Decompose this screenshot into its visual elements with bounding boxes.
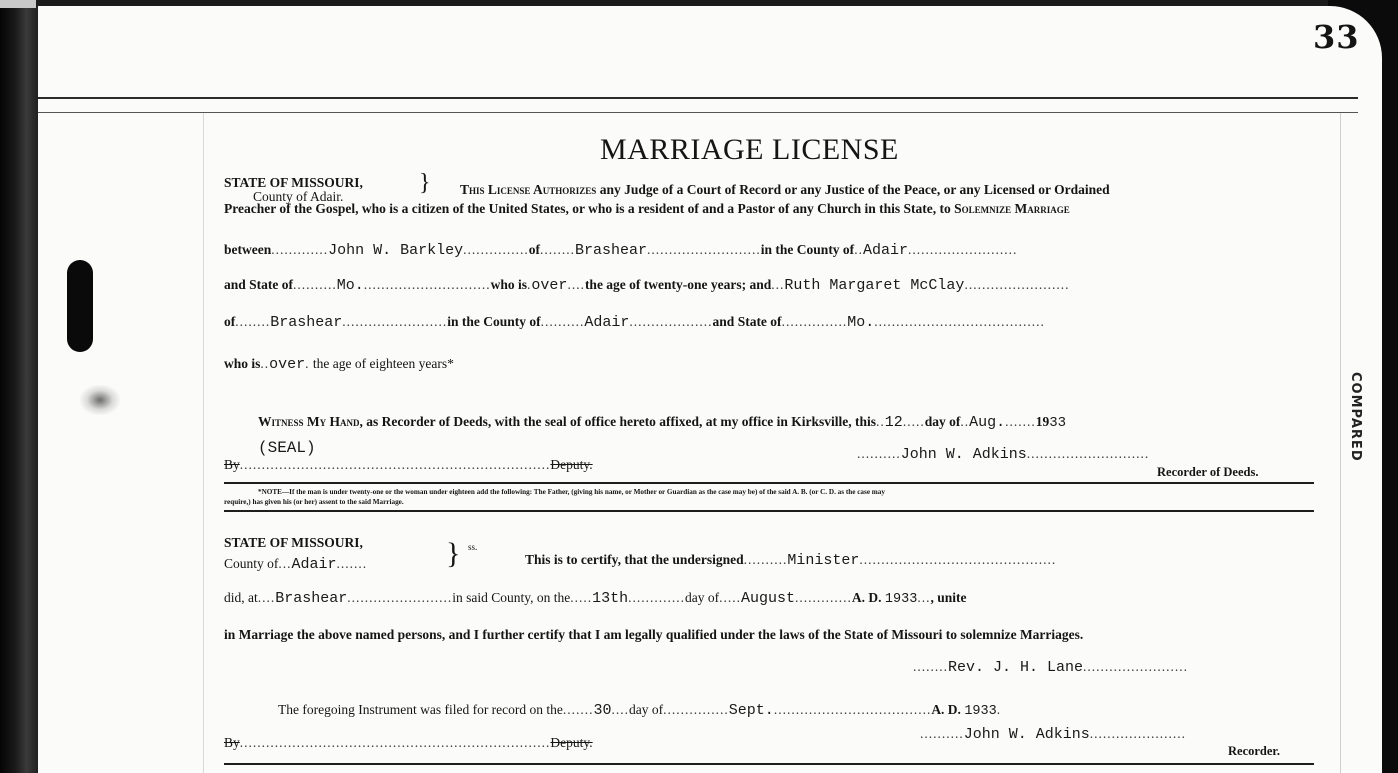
compared-stamp: COMPARED (1348, 372, 1363, 462)
ceremony-year: 1933 (885, 592, 917, 607)
officiant-title: Minister (787, 552, 859, 569)
authorization-line-2: Preacher of the Gospel, who is a citizen… (224, 201, 1070, 217)
label-ad-2: A. D. (931, 702, 961, 717)
label-and-state-of: and State of (224, 277, 293, 292)
groom-town: Brashear (575, 242, 647, 259)
label-between: between (224, 242, 271, 257)
margin-line-left (203, 113, 204, 773)
witness-day: 12 (885, 414, 903, 431)
label-in-county-of: in the County of (761, 242, 854, 257)
witness-line: Witness My Hand, as Recorder of Deeds, w… (258, 414, 1066, 431)
ceremony-day: 13th (592, 590, 628, 607)
ceremony-month: August (741, 590, 795, 607)
bride-name: Ruth Margaret McClay (784, 277, 964, 294)
bride-town: Brashear (270, 314, 342, 331)
authorization-lead: This License Authorizes (460, 182, 596, 197)
cert-county: Adair (292, 556, 337, 573)
witness-lead: Witness My Hand, (258, 414, 363, 429)
scan-top-edge (36, 0, 1336, 6)
label-deputy-2: Deputy. (550, 735, 592, 750)
bride-state: Mo. (847, 314, 874, 331)
note-rule-top (224, 482, 1314, 484)
filing-recorder-signature-line: ..........John W. Adkins................… (920, 726, 1186, 743)
witness-year: 33 (1049, 415, 1066, 431)
note-line-1: *NOTE—If the man is under twenty-one or … (258, 488, 885, 496)
filing-line: The foregoing Instrument was filed for r… (278, 702, 1001, 719)
authorization-text-1: any Judge of a Court of Record or any Ju… (600, 182, 1110, 197)
label-of: of (529, 242, 540, 257)
label-by: By (224, 457, 240, 472)
label-and-state-of-2: and State of (713, 314, 782, 329)
label-who-is: who is (491, 277, 527, 292)
solemnize-marriage: Solemnize Marriage (954, 201, 1070, 216)
year-prefix: 19 (1036, 414, 1050, 429)
label-who-is-2: who is (224, 356, 260, 371)
label-county-of: County of (224, 556, 278, 571)
groom-age-status: over (531, 277, 567, 294)
witness-month: Aug. (969, 414, 1005, 431)
label-deputy: Deputy. (550, 457, 592, 472)
certify-line: This is to certify, that the undersigned… (525, 552, 1056, 569)
filing-recorder-title: Recorder. (1228, 744, 1280, 759)
certify-text: This is to certify, that the undersigned (525, 552, 744, 567)
filing-month: Sept. (729, 702, 774, 719)
binder-punch-hole (67, 260, 93, 352)
license-title: MARRIAGE LICENSE (600, 133, 899, 167)
scan-left-top-edge (0, 0, 36, 8)
ceremony-line: did, at....Brashear.....................… (224, 590, 966, 607)
seal-mark: (SEAL) (258, 439, 316, 457)
ceremony-place: Brashear (275, 590, 347, 607)
label-ad: A. D. (852, 590, 882, 605)
header-rule (38, 97, 1358, 99)
cert-county-line: County of...Adair....... (224, 556, 367, 573)
label-in-county-of-2: in the County of (447, 314, 540, 329)
scan-smudge (80, 385, 120, 415)
ss-mark: ss. (468, 542, 477, 552)
recorder-name: John W. Adkins (901, 446, 1027, 463)
brace-icon: } (446, 537, 460, 571)
bride-age-line: who is..over. the age of eighteen years* (224, 356, 454, 373)
bride-county: Adair (584, 314, 629, 331)
scan-right-edge (1382, 0, 1398, 773)
bride-residence-line: of........Brashear......................… (224, 314, 1045, 331)
brace-icon: } (419, 170, 431, 197)
label-day-of-3: day of (629, 702, 663, 717)
groom-state-line: and State of..........Mo................… (224, 277, 1069, 294)
label-of-2: of (224, 314, 235, 329)
bottom-rule (224, 763, 1314, 765)
authorization-line-1: This License Authorizes any Judge of a C… (460, 182, 1110, 198)
label-in-said-county: in said County, on the (452, 590, 570, 605)
margin-line-right (1340, 113, 1341, 773)
filing-day: 30 (594, 702, 612, 719)
page-number: 33 (1313, 18, 1360, 56)
filing-deputy-line: By......................................… (224, 735, 593, 751)
header-rule-secondary (38, 112, 1358, 113)
qualification-line: in Marriage the above named persons, and… (224, 627, 1083, 643)
groom-line: between.............John W. Barkley.....… (224, 242, 1017, 259)
authorization-text-2: Preacher of the Gospel, who is a citizen… (224, 201, 951, 216)
officiant-name: Rev. J. H. Lane (948, 659, 1083, 676)
label-by-2: By (224, 735, 240, 750)
scan-left-edge (0, 0, 38, 773)
witness-text: as Recorder of Deeds, with the seal of o… (366, 414, 876, 429)
label-day-of: day of (925, 414, 961, 429)
officiant-signature-line: ........Rev. J. H. Lane.................… (913, 659, 1188, 676)
label-age-18: the age of eighteen years* (313, 356, 454, 371)
groom-county: Adair (863, 242, 908, 259)
note-line-2: require,) has given his (or her) assent … (224, 498, 404, 506)
filing-text: The foregoing Instrument was filed for r… (278, 702, 563, 717)
label-day-of-2: day of (685, 590, 719, 605)
deputy-line: By......................................… (224, 457, 593, 473)
recorder-signature-line: ..........John W. Adkins................… (857, 446, 1149, 463)
cert-state-heading: STATE OF MISSOURI, (224, 535, 363, 551)
label-unite: , unite (930, 590, 966, 605)
filing-year: 1933 (964, 704, 996, 719)
recorder-title: Recorder of Deeds. (1157, 465, 1258, 480)
label-did-at: did, at (224, 590, 258, 605)
filing-recorder-name: John W. Adkins (964, 726, 1090, 743)
groom-name: John W. Barkley (328, 242, 463, 259)
bride-age-status: over (269, 356, 305, 373)
label-age-21: the age of twenty-one years; and (585, 277, 771, 292)
note-rule-bottom (224, 510, 1314, 512)
groom-state: Mo. (337, 277, 364, 294)
